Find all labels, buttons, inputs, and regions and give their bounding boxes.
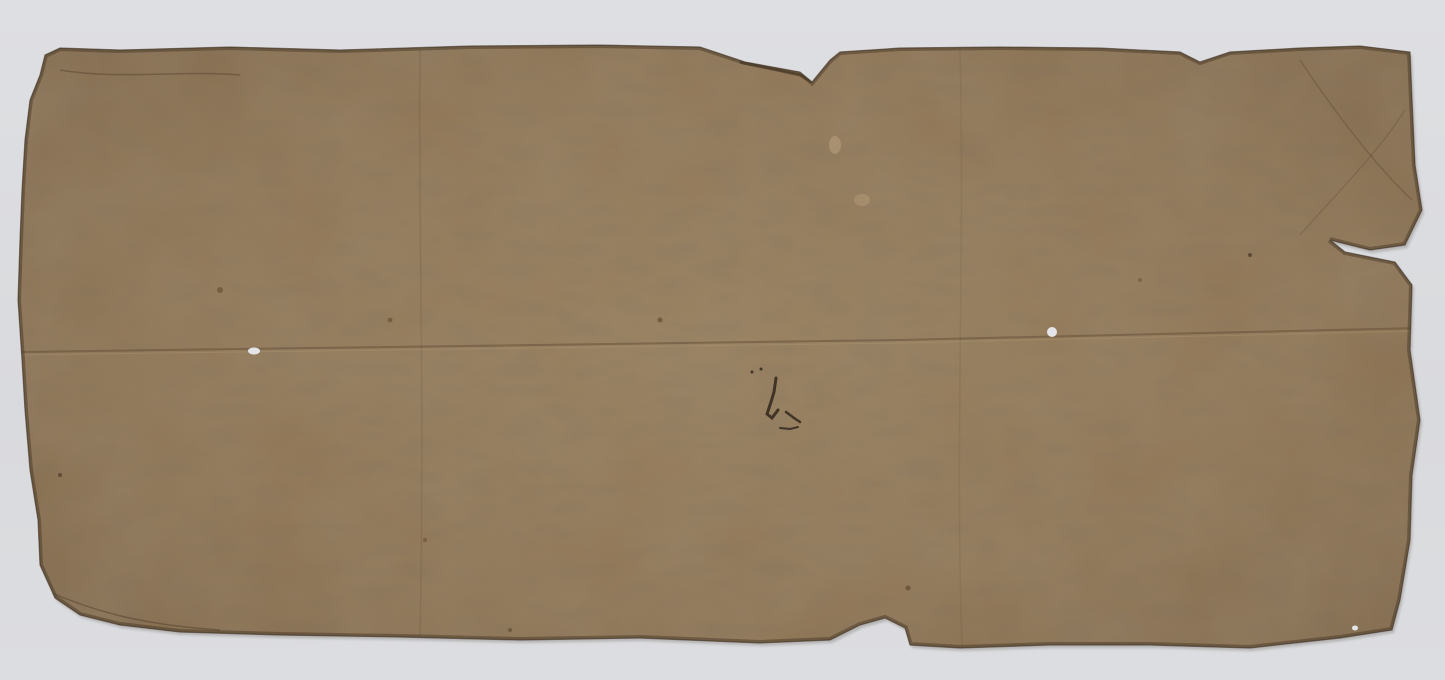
- pinhole: [248, 348, 260, 355]
- paper-artifact: [0, 0, 1445, 680]
- pinhole: [1352, 626, 1358, 631]
- pinhole: [1047, 327, 1057, 337]
- photo-background: worn antique paper note (reverse side, b…: [0, 0, 1445, 680]
